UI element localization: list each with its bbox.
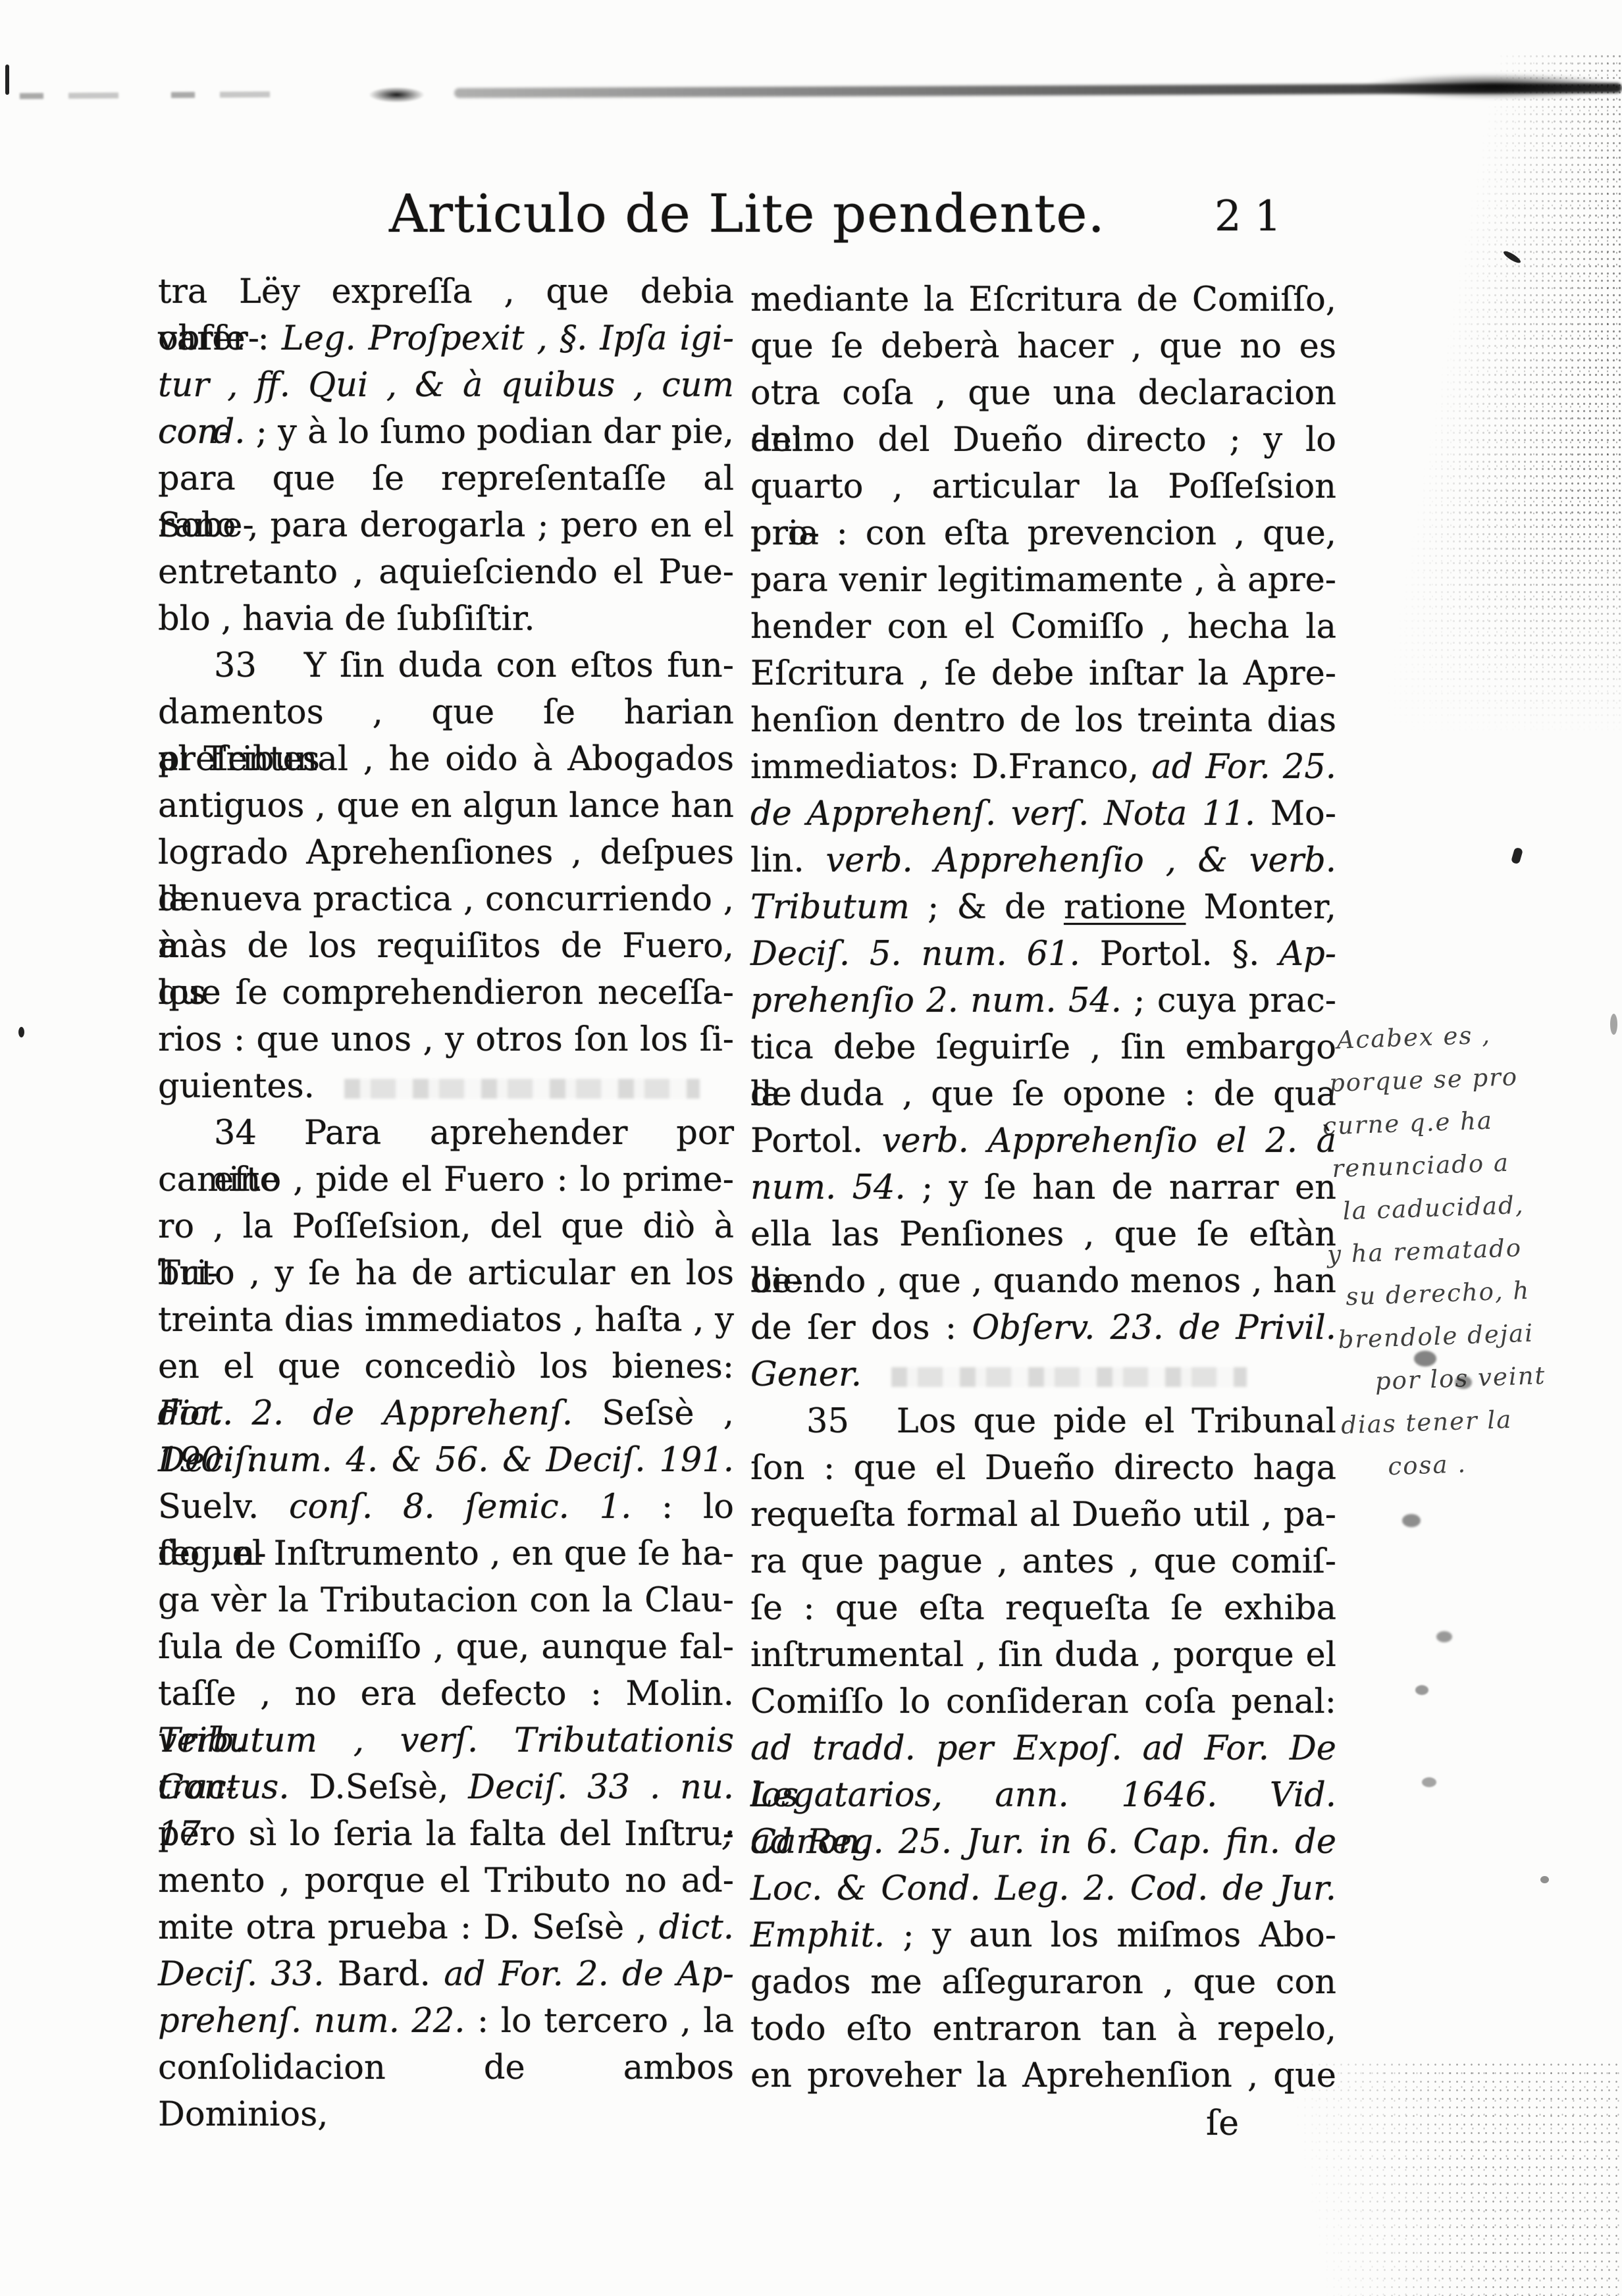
text-segment: immediatos: D.Franco, xyxy=(750,748,1151,787)
catchword: ſe xyxy=(1206,2104,1239,2143)
text-line: henſion dentro de los treinta dias xyxy=(750,697,1336,744)
text-line: Gener. xyxy=(750,1351,1336,1398)
text-line: cord. ; y à lo ſumo podian dar pie, xyxy=(158,409,734,456)
text-segment: rios : que unos , y otros ſon los ſi- xyxy=(158,1020,734,1059)
text-segment: Portol. xyxy=(750,1122,882,1161)
text-line: rano , para derogarla ; pero en el xyxy=(158,502,734,549)
text-line: otra coſa , que una declaracion del xyxy=(750,370,1336,417)
text-line: Comiſſo lo conſideran coſa penal: xyxy=(750,1679,1336,1725)
text-line: treinta dias immediatos , haſta , y xyxy=(158,1297,734,1344)
text-segment: Deciſ. 5. num. 61. xyxy=(750,935,1080,974)
text-line: gados me aſſeguraron , que con xyxy=(750,1959,1336,2006)
text-line: Suelv. conſ. 8. ſemic. 1. : lo ſegun- xyxy=(158,1484,734,1530)
text-segment: entretanto , aquieſciendo el Pue- xyxy=(158,553,734,592)
handwritten-marginalia: Acabex es ,porque se procurne q.e harenu… xyxy=(1336,1009,1622,1490)
book-page-scan: Articulo de Lite pendente. 21 tra Lëy ex… xyxy=(0,0,1622,2296)
page-number: 21 xyxy=(1215,192,1294,241)
text-segment: 34 xyxy=(214,1114,257,1153)
text-segment: Gener. xyxy=(750,1355,862,1394)
text-line: Portol. verb. Apprehenſio el 2. à xyxy=(750,1118,1336,1164)
text-segment: ſe : que eſta requeſta ſe exhiba xyxy=(750,1589,1336,1628)
text-line: ad tradd. per Expoſ. ad For. De los xyxy=(750,1725,1336,1772)
text-segment: prehenſ. num. 22. xyxy=(158,2002,465,2041)
text-line: màs de los requiſitos de Fuero, los xyxy=(158,923,734,970)
text-segment: ſula de Comiſſo , que, aunque fal- xyxy=(158,1628,734,1667)
text-line: ſula de Comiſſo , que, aunque fal- xyxy=(158,1624,734,1671)
text-line: mediante la Eſcritura de Comiſſo, xyxy=(750,276,1336,323)
scan-speck xyxy=(1502,249,1522,265)
text-line: conſolidacion de ambos Dominios, xyxy=(158,2045,734,2091)
text-line: ga vèr la Tributacion con la Clau- xyxy=(158,1577,734,1624)
text-line: Tributum ; & de ratione Monter, xyxy=(750,884,1336,931)
text-line: guientes. xyxy=(158,1063,734,1110)
scan-speck xyxy=(1511,847,1523,865)
text-segment: requeſta formal al Dueño util , pa- xyxy=(750,1496,1336,1534)
text-line: que ſe deberà hacer , que no es xyxy=(750,323,1336,370)
text-line: 35Los que pide el Tribunal xyxy=(750,1398,1336,1445)
text-segment: mite otra prueba : D. Seſsè , xyxy=(158,1908,659,1947)
text-line: la duda , que ſe opone : de qua xyxy=(750,1071,1336,1118)
text-line: quarto , articular la Poſſeſsion pro- xyxy=(750,463,1336,510)
text-segment: Loc. & Cond. Leg. 2. Cod. de Jur. xyxy=(750,1869,1336,1908)
text-segment: gados me aſſeguraron , que con xyxy=(750,1963,1336,2002)
text-segment: ratione xyxy=(1064,888,1186,927)
text-line: hender con el Comiſſo , hecha la xyxy=(750,604,1336,650)
text-segment: conſ. 8. ſemic. 1. xyxy=(289,1488,631,1526)
text-segment: Ap- xyxy=(1279,935,1336,974)
text-segment: en proveher la Aprehenſion , que xyxy=(750,2056,1336,2095)
text-line: tica debe ſeguirſe , ſin embargo de xyxy=(750,1024,1336,1071)
text-segment: ; & de xyxy=(910,888,1064,927)
text-line: ad Reg. 25. Jur. in 6. Cap. fin. de xyxy=(750,1819,1336,1865)
text-segment: Y ſin duda con eſtos fun- xyxy=(304,646,734,685)
text-segment: ga vèr la Tributacion con la Clau- xyxy=(158,1581,734,1620)
text-segment: todo eſto entraron tan à repelo, xyxy=(750,2010,1336,2048)
scan-speck xyxy=(5,65,9,95)
text-segment: 190. num. 4. & 56. & Deciſ. 191. xyxy=(158,1441,734,1480)
text-segment: ; y ſe han de narrar en xyxy=(906,1168,1336,1207)
text-line: Deciſ. 33. Bard. ad For. 2. de Ap- xyxy=(158,1951,734,1998)
text-segment: biendo , que , quando menos , han xyxy=(750,1262,1336,1301)
text-segment: henſion dentro de los treinta dias xyxy=(750,701,1336,740)
text-segment: pria : con eſta prevencion , que, xyxy=(750,514,1336,553)
text-line: num. 54. ; y ſe han de narrar en xyxy=(750,1164,1336,1211)
text-line: inſtrumental , ſin duda , porque el xyxy=(750,1632,1336,1679)
text-line: tur , ff. Qui , & à quibus , cum con- xyxy=(158,362,734,409)
text-line: 33Y ſin duda con eſtos fun- xyxy=(158,642,734,689)
text-segment: animo del Dueño directo ; y lo xyxy=(750,421,1336,459)
text-segment: lin. xyxy=(750,841,825,880)
text-segment: Deciſ. 33. xyxy=(158,1955,324,1994)
text-line: Deciſ. 5. num. 61. Portol. §. Ap- xyxy=(750,931,1336,978)
text-line: Tributum , verſ. Tributationis Con- xyxy=(158,1717,734,1764)
text-line: camino , pide el Fuero : lo prime- xyxy=(158,1157,734,1203)
scan-speck xyxy=(1540,1876,1549,1883)
text-line: 190. num. 4. & 56. & Deciſ. 191. xyxy=(158,1437,734,1484)
text-line: pria : con eſta prevencion , que, xyxy=(750,510,1336,557)
text-segment: camino , pide el Fuero : lo prime- xyxy=(158,1161,734,1199)
text-segment: verb. Apprehenſio el 2. à xyxy=(882,1122,1336,1161)
text-segment: Comiſſo lo conſideran coſa penal: xyxy=(750,1683,1336,1721)
scan-speckle-fade xyxy=(1332,500,1622,777)
text-line: mite otra prueba : D. Seſsè , dict. xyxy=(158,1904,734,1951)
text-line: varſe : Leg. Proſpexit , §. Ipſa igi- xyxy=(158,315,734,362)
text-segment: do , el Inſtrumento , en que ſe ha- xyxy=(158,1534,734,1573)
text-segment: de ſer dos : xyxy=(750,1309,972,1347)
text-line: logrado Aprehenſiones , deſpues de xyxy=(158,829,734,876)
marginalia-line: cosa . xyxy=(1387,1436,1622,1488)
ink-bleed-smudge xyxy=(891,1367,1247,1387)
text-line: pero sì lo ſeria la falta del Inſtru- xyxy=(158,1811,734,1858)
text-line: al Tribunal , he oido à Abogados xyxy=(158,736,734,783)
text-segment: que ſe comprehendieron neceſſa- xyxy=(158,974,734,1012)
text-segment: conſolidacion de ambos Dominios, xyxy=(158,2048,734,2134)
text-line: buto , y ſe ha de articular en los xyxy=(158,1250,734,1297)
text-line: Emphit. ; y aun los miſmos Abo- xyxy=(750,1912,1336,1959)
text-line: ra que pague , antes , que comiſ- xyxy=(750,1538,1336,1585)
text-line: blo , havia de ſubſiſtir. xyxy=(158,596,734,642)
text-segment: al Tribunal , he oido à Abogados xyxy=(158,740,734,779)
text-line: taſſe , no era defecto : Molin. verb. xyxy=(158,1671,734,1717)
text-segment: mento , porque el Tributo no ad- xyxy=(158,1862,734,1900)
text-segment: ad Reg. 25. Jur. in 6. Cap. fin. de xyxy=(750,1823,1336,1862)
text-segment: ; cuya prac- xyxy=(1122,981,1336,1020)
text-line: Eſcritura , ſe debe inſtar la Apre- xyxy=(750,650,1336,697)
text-segment: 35 xyxy=(806,1402,849,1441)
text-segment: ; y aun los miſmos Abo- xyxy=(885,1916,1336,1955)
text-line: de Apprehenſ. verſ. Nota 11. Mo- xyxy=(750,791,1336,837)
text-segment: antiguos , que en algun lance han xyxy=(158,787,734,825)
text-line: de ſer dos : Obſerv. 23. de Privil. xyxy=(750,1305,1336,1351)
text-segment: varſe : xyxy=(158,319,282,358)
scan-speck xyxy=(1422,1777,1436,1787)
ink-bleed-smudge xyxy=(344,1079,700,1099)
text-line: ella las Penſiones , que ſe eſtàn de- xyxy=(750,1211,1336,1258)
text-segment: : lo tercero , la xyxy=(465,2002,734,2041)
text-segment: ad For. 2. de Ap- xyxy=(444,1955,734,1994)
text-segment: en el que concediò los bienes: xyxy=(158,1347,734,1386)
text-segment: prehenſio 2. num. 54. xyxy=(750,981,1122,1020)
text-segment: guientes. xyxy=(158,1067,315,1106)
text-segment: la duda , que ſe opone : de qua xyxy=(750,1075,1336,1114)
text-line: requeſta formal al Dueño util , pa- xyxy=(750,1492,1336,1538)
text-line: ſon : que el Dueño directo haga xyxy=(750,1445,1336,1492)
text-segment: Mo- xyxy=(1255,795,1336,833)
running-title: Articulo de Lite pendente. xyxy=(158,183,1336,244)
text-line: 34Para aprehender por eſte xyxy=(158,1110,734,1157)
text-line: tra Lëy expreſſa , que debia obſer- xyxy=(158,269,734,315)
text-segment: hender con el Comiſſo , hecha la xyxy=(750,608,1336,646)
text-segment: inſtrumental , ſin duda , porque el xyxy=(750,1636,1336,1675)
left-text-column: tra Lëy expreſſa , que debia obſer-varſe… xyxy=(158,269,734,2091)
text-segment: ra que pague , antes , que comiſ- xyxy=(750,1542,1336,1581)
text-segment: taſſe , no era defecto : Molin. xyxy=(158,1675,734,1713)
text-segment: blo , havia de ſubſiſtir. xyxy=(158,600,535,639)
text-segment: Bard. xyxy=(324,1955,444,1994)
text-segment: ; y à lo ſumo podian dar pie, xyxy=(246,413,734,452)
text-segment: que ſe deberà hacer , que no es xyxy=(750,327,1336,366)
text-segment: Suelv. xyxy=(158,1488,289,1526)
text-line: lin. verb. Apprehenſio , & verb. xyxy=(750,837,1336,884)
text-segment: pero sì lo ſeria la falta del Inſtru- xyxy=(158,1815,734,1854)
text-segment: dict. xyxy=(659,1908,734,1947)
text-segment: ſon : que el Dueño directo haga xyxy=(750,1449,1336,1488)
text-line: en el que concediò los bienes: dict. xyxy=(158,1344,734,1390)
text-line: For. 2. de Apprehenſ. Seſsè , Deciſ. xyxy=(158,1390,734,1437)
text-line: todo eſto entraron tan à repelo, xyxy=(750,2006,1336,2052)
text-segment: Eſcritura , ſe debe inſtar la Apre- xyxy=(750,654,1336,693)
text-segment: Los que pide el Tribunal xyxy=(897,1402,1336,1441)
text-line: animo del Dueño directo ; y lo xyxy=(750,417,1336,463)
text-segment: treinta dias immediatos , haſta , y xyxy=(158,1301,734,1340)
text-segment: ad For. 25. xyxy=(1151,748,1336,787)
scan-speck xyxy=(1415,1685,1428,1695)
text-line: la nueva practica , concurriendo , à xyxy=(158,876,734,923)
text-segment: Leg. Proſpexit , §. Ipſa igi- xyxy=(282,319,734,358)
text-segment: num. 54. xyxy=(750,1168,906,1207)
text-line: para venir legitimamente , à apre- xyxy=(750,557,1336,604)
text-line: en proveher la Aprehenſion , que xyxy=(750,2052,1336,2099)
scan-speck xyxy=(1436,1631,1452,1642)
right-text-column: mediante la Eſcritura de Comiſſo,que ſe … xyxy=(750,276,1336,2099)
scan-speck xyxy=(1402,1514,1421,1527)
text-segment: para venir legitimamente , à apre- xyxy=(750,561,1336,600)
text-segment: rano , para derogarla ; pero en el xyxy=(158,506,734,545)
scan-smudge-blob xyxy=(369,87,425,103)
text-line: antiguos , que en algun lance han xyxy=(158,783,734,829)
text-line: ro , la Poſſeſsion, del que diò à Tri- xyxy=(158,1203,734,1250)
text-segment: For. 2. de Apprehenſ. xyxy=(158,1394,573,1433)
text-segment: tractus. xyxy=(158,1768,290,1807)
text-line: rios : que unos , y otros ſon los ſi- xyxy=(158,1016,734,1063)
text-line: prehenſ. num. 22. : lo tercero , la xyxy=(158,1998,734,2045)
text-line: do , el Inſtrumento , en que ſe ha- xyxy=(158,1530,734,1577)
text-line: immediatos: D.Franco, ad For. 25. xyxy=(750,744,1336,791)
text-line: que ſe comprehendieron neceſſa- xyxy=(158,970,734,1016)
text-line: biendo , que , quando menos , han xyxy=(750,1258,1336,1305)
text-line: damentos , que ſe harian preſentes xyxy=(158,689,734,736)
text-line: mento , porque el Tributo no ad- xyxy=(158,1858,734,1904)
scan-smudge-line xyxy=(454,83,1622,98)
scan-smudge-corner xyxy=(1363,74,1622,99)
text-segment: de Apprehenſ. verſ. Nota 11. xyxy=(750,795,1255,833)
text-segment: Seſsè , xyxy=(573,1394,734,1433)
text-segment: cord. xyxy=(158,413,246,452)
text-segment: buto , y ſe ha de articular en los xyxy=(158,1254,734,1293)
text-segment: Emphit. xyxy=(750,1916,885,1955)
text-segment: verb. Apprehenſio , & verb. xyxy=(825,841,1336,880)
text-line: prehenſio 2. num. 54. ; cuya prac- xyxy=(750,978,1336,1024)
text-segment: Portol. §. xyxy=(1080,935,1280,974)
text-line: para que ſe repreſentaſſe al Sobe- xyxy=(158,456,734,502)
text-line: Loc. & Cond. Leg. 2. Cod. de Jur. xyxy=(750,1865,1336,1912)
text-segment: mediante la Eſcritura de Comiſſo, xyxy=(750,280,1336,319)
text-segment: Obſerv. 23. de Privil. xyxy=(972,1309,1336,1347)
text-segment: D.Seſsè, xyxy=(290,1768,469,1807)
text-segment: Tributum xyxy=(750,888,910,927)
text-segment: Monter, xyxy=(1186,888,1336,927)
text-line: ſe : que eſta requeſta ſe exhiba xyxy=(750,1585,1336,1632)
scan-speckle-topright xyxy=(1332,53,1622,744)
text-line: tractus. D.Seſsè, Deciſ. 33 . nu. 17. ; xyxy=(158,1764,734,1811)
text-segment: 33 xyxy=(214,646,257,685)
text-line: Legatarios, ann. 1646. Vid. Canon. xyxy=(750,1772,1336,1819)
scan-speck xyxy=(18,1027,24,1037)
scan-smudge-left xyxy=(20,91,303,99)
text-line: entretanto , aquieſciendo el Pue- xyxy=(158,549,734,596)
